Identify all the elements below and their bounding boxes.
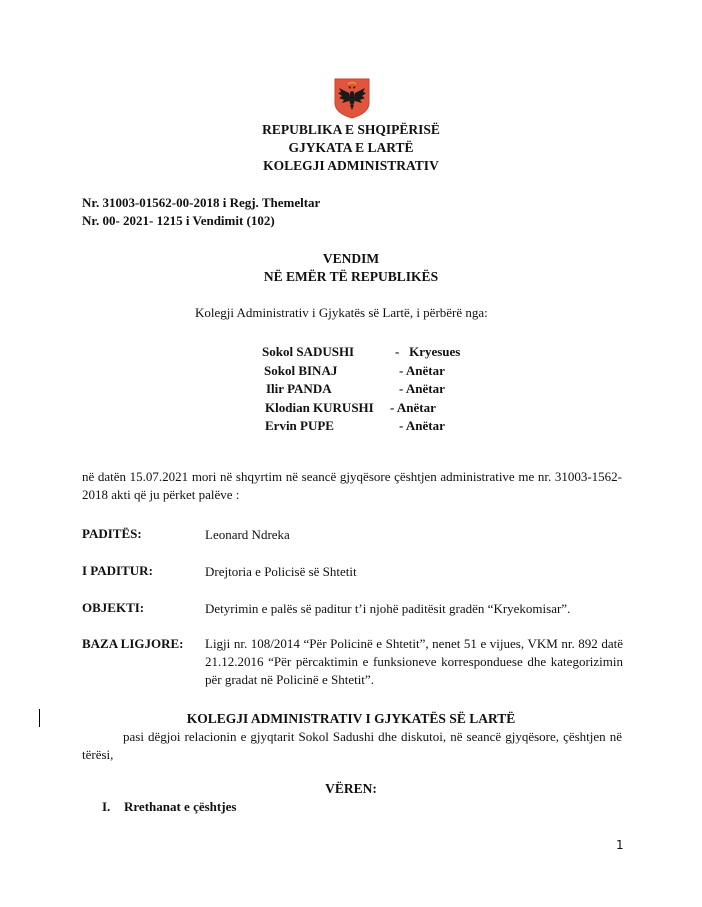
member-row: Ilir PANDA - Anëtar — [262, 380, 460, 399]
header-country: REPUBLIKA E SHQIPËRISË — [0, 121, 702, 139]
header-court: GJYKATA E LARTË — [0, 139, 702, 157]
hearing-paragraph: në datën 15.07.2021 mori në shqyrtim në … — [82, 468, 622, 504]
object-label: OBJEKTI: — [82, 600, 144, 616]
observes-heading: VËREN: — [0, 780, 702, 798]
registry-number: Nr. 31003-01562-00-2018 i Regj. Themelta… — [82, 195, 320, 211]
member-name: Sokol SADUSHI — [262, 343, 395, 362]
panel-members: Sokol SADUSHI - Kryesues Sokol BINAJ - A… — [262, 343, 460, 436]
college-paragraph: pasi dëgjoi relacionin e gjyqtarit Sokol… — [82, 728, 622, 764]
member-role: - Anëtar — [389, 362, 445, 381]
member-role: - Kryesues — [395, 343, 460, 362]
decision-number: Nr. 00- 2021- 1215 i Vendimit (102) — [82, 213, 275, 229]
member-row: Sokol SADUSHI - Kryesues — [262, 343, 460, 362]
member-row: Sokol BINAJ - Anëtar — [262, 362, 460, 381]
decision-subtitle: NË EMËR TË REPUBLIKËS — [0, 268, 702, 286]
albanian-coat-of-arms-icon — [333, 77, 371, 119]
plaintiff-label: PADITËS: — [82, 526, 142, 542]
college-heading: KOLEGJI ADMINISTRATIV I GJYKATËS SË LART… — [0, 710, 702, 728]
member-row: Ervin PUPE - Anëtar — [262, 417, 460, 436]
defendant-label: I PADITUR: — [82, 563, 153, 579]
member-name: Ilir PANDA — [262, 380, 391, 399]
plaintiff-value: Leonard Ndreka — [205, 526, 623, 544]
composition-intro: Kolegji Administrativ i Gjykatës së Lart… — [195, 305, 488, 321]
legal-basis-label: BAZA LIGJORE: — [82, 636, 184, 652]
decision-title: VENDIM — [0, 250, 702, 268]
member-name: Ervin PUPE — [262, 417, 390, 436]
member-row: Klodian KURUSHI - Anëtar — [262, 399, 460, 418]
object-value: Detyrimin e palës së paditur t’i njohë p… — [205, 600, 623, 618]
member-name: Klodian KURUSHI — [262, 399, 390, 418]
defendant-value: Drejtoria e Policisë së Shtetit — [205, 563, 623, 581]
legal-basis-value: Ligji nr. 108/2014 “Për Policinë e Shtet… — [205, 635, 623, 689]
member-role: - Anëtar — [391, 380, 445, 399]
member-role: - Anëtar — [390, 417, 445, 436]
header-college: KOLEGJI ADMINISTRATIV — [0, 157, 702, 175]
page-number: 1 — [616, 838, 624, 852]
member-name: Sokol BINAJ — [262, 362, 389, 381]
member-role: - Anëtar — [390, 399, 436, 418]
section-title: Rrethanat e çështjes — [124, 799, 236, 815]
section-number: I. — [102, 799, 110, 815]
